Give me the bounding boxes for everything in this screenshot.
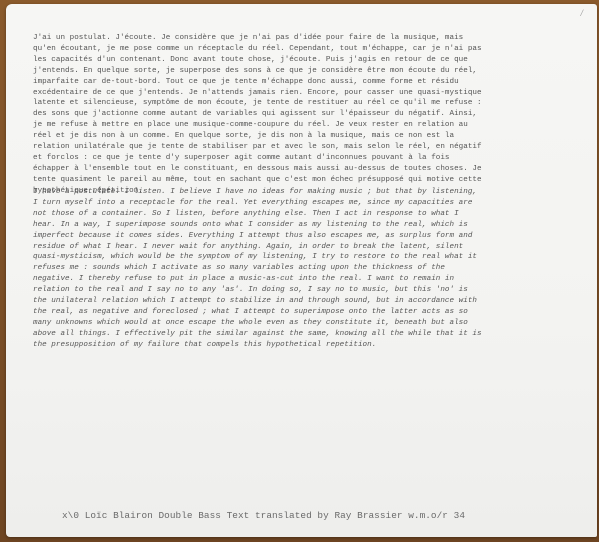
text-line: I have a postulate. I listen. I believe … xyxy=(33,187,578,198)
text-line: quasi-mysticism, which would be the symp… xyxy=(33,252,578,263)
english-paragraph: I have a postulate. I listen. I believe … xyxy=(33,187,578,351)
text-line: des sons que j'actionne comme autant de … xyxy=(33,109,578,120)
text-line: imperfect because it comes sides. Everyt… xyxy=(33,231,578,242)
text-line: je me refuse à mettre en place une musiq… xyxy=(33,120,578,131)
text-line: excédentaire de ce que j'entends. Je n'a… xyxy=(33,88,578,99)
text-line: latente et silencieuse, symptôme de mon … xyxy=(33,98,578,109)
french-paragraph: J'ai un postulat. J'écoute. Je considère… xyxy=(33,33,578,197)
text-line: above all things. I effectively pit the … xyxy=(33,329,578,340)
text-line: et forclos : ce que je tente d'y superpo… xyxy=(33,153,578,164)
text-line: relation to the real and I say no to any… xyxy=(33,285,578,296)
text-line: many unknowns which would at once escape… xyxy=(33,318,578,329)
text-line: I turn myself into a receptacle for the … xyxy=(33,198,578,209)
text-line: qu'en écoutant, je me pose comme un réce… xyxy=(33,44,578,55)
credits-footer: x\0 Loïc Blairon Double Bass Text transl… xyxy=(62,510,465,521)
text-line: residue of what I hear. I never wait for… xyxy=(33,242,578,253)
text-line: J'ai un postulat. J'écoute. Je considère… xyxy=(33,33,578,44)
text-line: relation unilatérale que je tente de sta… xyxy=(33,142,578,153)
corner-pen-mark: / xyxy=(580,8,583,18)
text-line: the presupposition of my failure that co… xyxy=(33,340,578,351)
text-line: tente quasiment le pareil au même, tout … xyxy=(33,175,578,186)
text-line: the unilateral relation which I attempt … xyxy=(33,296,578,307)
text-line: hear. In a way, I superimpose sounds ont… xyxy=(33,220,578,231)
text-line: refuses me : sounds which I activate as … xyxy=(33,263,578,274)
text-line: imparfaite car de-tout-bord. Tout ce que… xyxy=(33,77,578,88)
text-line: negative. I thereby refuse to put in pla… xyxy=(33,274,578,285)
text-line: the real, as negative and foreclosed ; w… xyxy=(33,307,578,318)
text-line: réel et je dis non à un comme. En quelqu… xyxy=(33,131,578,142)
text-line: j'entends. En quelque sorte, je superpos… xyxy=(33,66,578,77)
text-line: les capacités d'un contenant. Donc avant… xyxy=(33,55,578,66)
text-line: échapper à l'ensemble tout en le constit… xyxy=(33,164,578,175)
text-line: not those of a container. So I listen, b… xyxy=(33,209,578,220)
printed-insert-page: / J'ai un postulat. J'écoute. Je considè… xyxy=(6,4,597,537)
